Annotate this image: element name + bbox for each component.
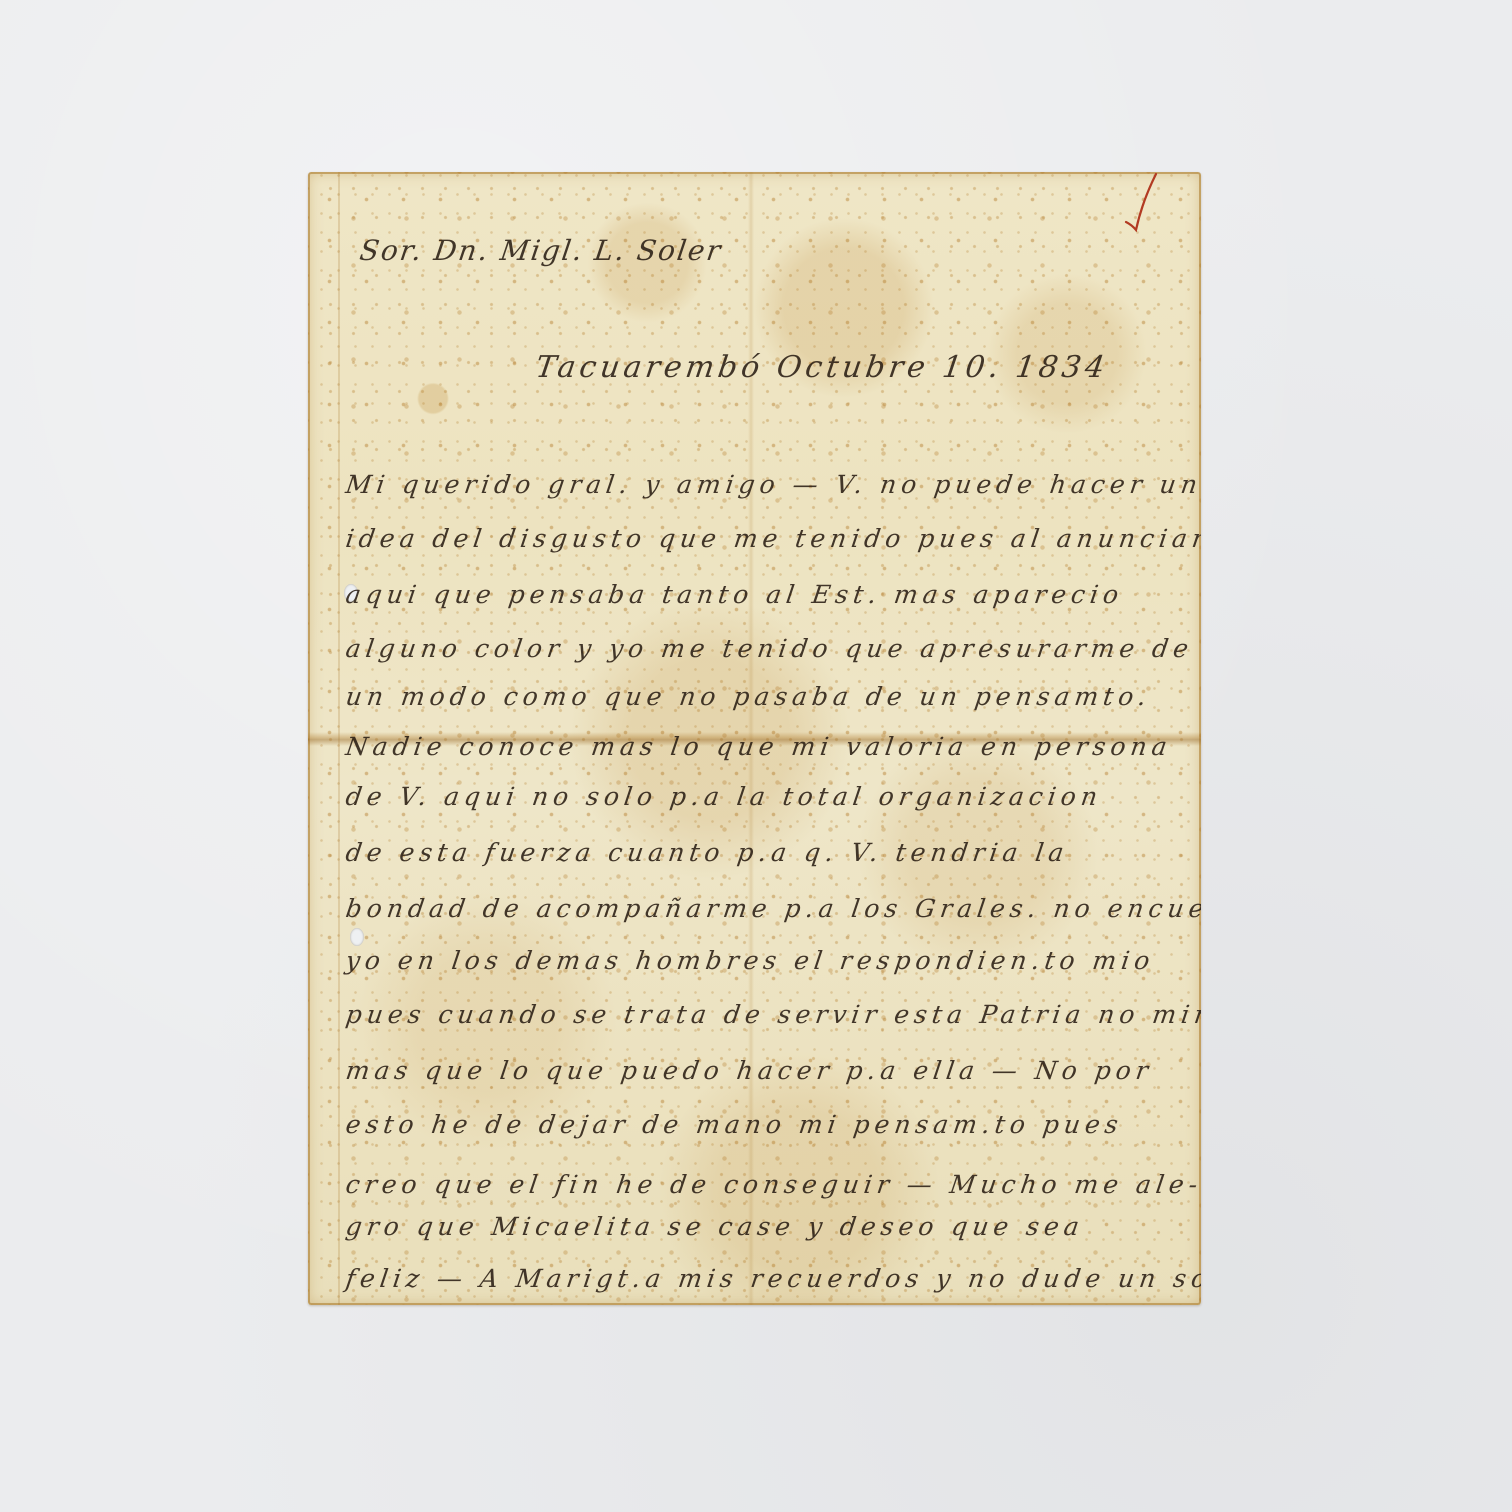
letter-line: Mi querido gral. y amigo — V. no puede h… [344, 470, 1201, 499]
letter-sheet: Sor. Dn. Migl. L. Soler Tacuarembó Octub… [308, 172, 1201, 1305]
letter-line: de V. aqui no solo p.a la total organiza… [344, 782, 1104, 811]
letter-line: un modo como que no pasaba de un pensamt… [344, 682, 1153, 711]
addressee-line: Sor. Dn. Migl. L. Soler [358, 234, 725, 267]
letter-line: gro que Micaelita se case y deseo que se… [344, 1212, 1086, 1241]
dateline: Tacuarembó Octubre 10. 1834 [534, 350, 1111, 385]
letter-line: aqui que pensaba tanto al Est. mas apare… [344, 580, 1125, 609]
letter-line: esto he de dejar de mano mi pensam.to pu… [344, 1110, 1125, 1139]
letter-line: yo en los demas hombres el respondien.to… [344, 946, 1157, 975]
letter-line: creo que el fin he de conseguir — Mucho … [344, 1170, 1201, 1199]
letter-line: feliz — A Marigt.a mis recuerdos y no du… [344, 1264, 1201, 1293]
margin-crease [338, 172, 340, 1305]
punch-hole-bottom [350, 928, 364, 946]
letter-line: pues cuando se trata de servir esta Patr… [344, 1000, 1201, 1029]
red-check-mark-icon [1124, 172, 1164, 232]
letter-line: idea del disgusto que me tenido pues al … [344, 524, 1201, 553]
letter-line: alguno color y yo me tenido que apresura… [344, 634, 1195, 663]
letter-line: de esta fuerza cuanto p.a q. V. tendria … [344, 838, 1071, 867]
letter-line: mas que lo que puedo hacer p.a ella — No… [344, 1056, 1155, 1085]
letter-line: Nadie conoce mas lo que mi valoria en pe… [344, 732, 1174, 761]
letter-line: bondad de acompañarme p.a los Grales. no… [344, 894, 1201, 923]
